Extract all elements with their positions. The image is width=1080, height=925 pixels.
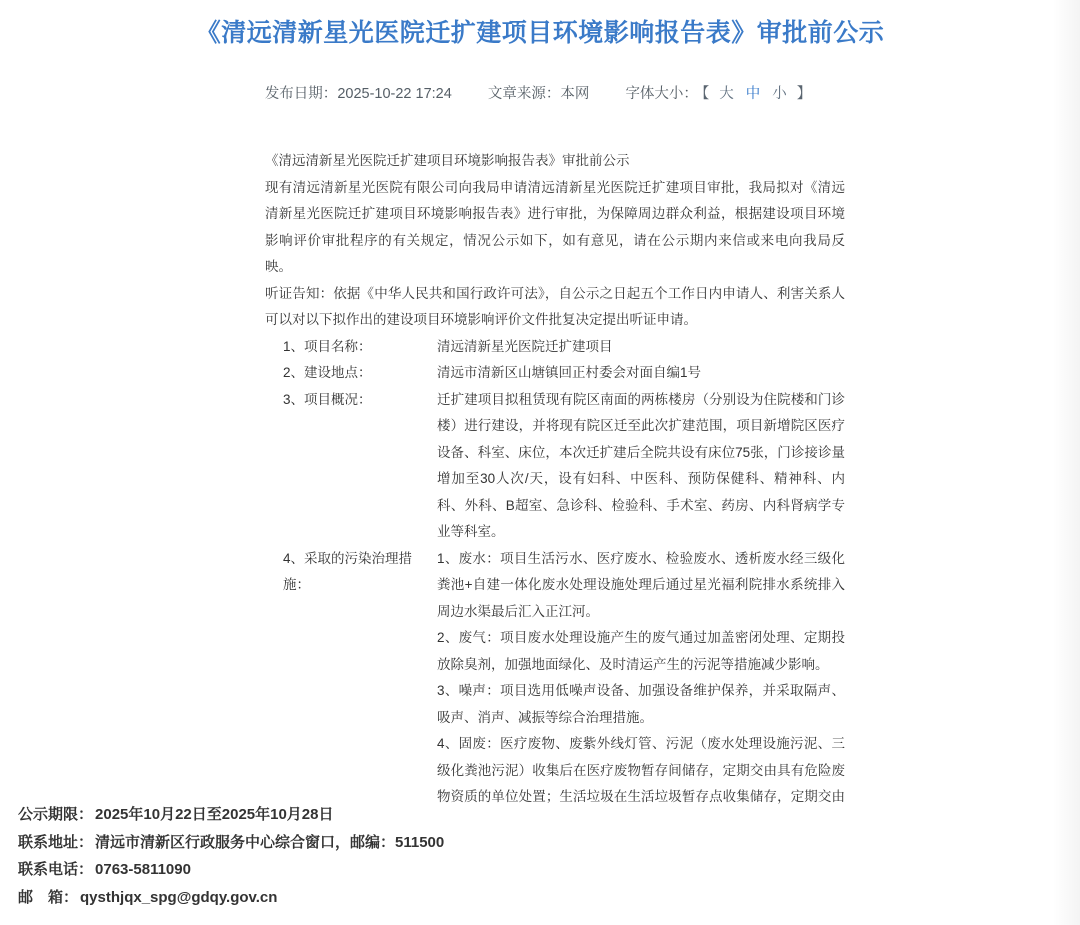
footer-value: 0763-5811090	[95, 861, 191, 878]
item-label: 1、项目名称：	[265, 334, 437, 361]
item-row-pollution-measures: 4、采取的污染治理措施： 1、废水：项目生活污水、医疗废水、检验废水、透析废水经…	[265, 546, 845, 811]
source-label: 文章来源：	[488, 86, 561, 102]
font-medium-button[interactable]: 中	[746, 86, 761, 102]
footer-label: 邮 箱：	[18, 889, 78, 906]
article-body: 《清远清新星光医院迁扩建项目环境影响报告表》审批前公示 现有清远清新星光医院有限…	[265, 148, 845, 810]
publish-date-value: 2025-10-22 17:24	[337, 86, 452, 102]
item-row-construction-site: 2、建设地点： 清远市清新区山塘镇回正村委会对面自编1号	[265, 360, 845, 387]
contact-info: 公示期限：2025年10月22日至2025年10月28日 联系地址：清远市清新区…	[18, 801, 444, 911]
item-label: 4、采取的污染治理措施：	[265, 546, 437, 811]
source-value: 本网	[560, 86, 589, 102]
measure-waste-gas: 2、废气：项目废水处理设施产生的废气通过加盖密闭处理、定期投放除臭剂，加强地面绿…	[437, 625, 845, 678]
project-name-value: 清远清新星光医院迁扩建项目	[437, 334, 845, 361]
item-label: 3、项目概况：	[265, 387, 437, 546]
body-heading: 《清远清新星光医院迁扩建项目环境影响报告表》审批前公示	[265, 148, 845, 175]
measure-solid-waste: 4、固废：医疗废物、废紫外线灯管、污泥（废水处理设施污泥、三级化粪池污泥）收集后…	[437, 731, 845, 810]
footer-row-contact-address: 联系地址：清远市清新区行政服务中心综合窗口，邮编：511500	[18, 829, 444, 857]
body-paragraph-hearing-notice: 听证告知：依据《中华人民共和国行政许可法》，自公示之日起五个工作日内申请人、利害…	[265, 281, 845, 334]
footer-row-public-period: 公示期限：2025年10月22日至2025年10月28日	[18, 801, 444, 829]
footer-row-contact-phone: 联系电话：0763-5811090	[18, 856, 444, 884]
font-small-button[interactable]: 小	[772, 86, 787, 102]
page-title: 《清远清新星光医院迁扩建项目环境影响报告表》审批前公示	[0, 0, 1080, 50]
item-value: 1、废水：项目生活污水、医疗废水、检验废水、透析废水经三级化粪池+自建一体化废水…	[437, 546, 845, 811]
item-value: 清远清新星光医院迁扩建项目	[437, 334, 845, 361]
measure-wastewater: 1、废水：项目生活污水、医疗废水、检验废水、透析废水经三级化粪池+自建一体化废水…	[437, 546, 845, 626]
item-row-project-overview: 3、项目概况： 迁扩建项目拟租赁现有院区南面的两栋楼房（分别设为住院楼和门诊楼）…	[265, 387, 845, 546]
item-value: 迁扩建项目拟租赁现有院区南面的两栋楼房（分别设为住院楼和门诊楼）进行建设，并将现…	[437, 387, 845, 546]
footer-label: 联系电话：	[18, 861, 93, 878]
footer-value: 2025年10月22日至2025年10月28日	[95, 806, 333, 823]
publish-date-label: 发布日期：	[265, 86, 338, 102]
item-row-project-name: 1、项目名称： 清远清新星光医院迁扩建项目	[265, 334, 845, 361]
footer-row-email: 邮 箱：qysthjqx_spg@gdqy.gov.cn	[18, 884, 444, 912]
font-size-bracket-right: 】	[797, 86, 812, 102]
article-page: 《清远清新星光医院迁扩建项目环境影响报告表》审批前公示 发布日期：2025-10…	[0, 0, 1080, 925]
construction-site-value: 清远市清新区山塘镇回正村委会对面自编1号	[437, 360, 845, 387]
font-large-button[interactable]: 大	[719, 86, 734, 102]
footer-label: 联系地址：	[18, 834, 93, 851]
font-size-label: 字体大小：	[625, 86, 698, 102]
item-label: 2、建设地点：	[265, 360, 437, 387]
page-edge-shadow	[1052, 0, 1080, 925]
measure-noise: 3、噪声：项目选用低噪声设备、加强设备维护保养，并采取隔声、吸声、消声、减振等综…	[437, 678, 845, 731]
footer-label: 公示期限：	[18, 806, 93, 823]
item-value: 清远市清新区山塘镇回正村委会对面自编1号	[437, 360, 845, 387]
project-overview-value: 迁扩建项目拟租赁现有院区南面的两栋楼房（分别设为住院楼和门诊楼）进行建设，并将现…	[437, 387, 845, 546]
font-size-bracket-left: 【	[702, 86, 709, 102]
body-paragraph-intro: 现有清远清新星光医院有限公司向我局申请清远清新星光医院迁扩建项目审批，我局拟对《…	[265, 175, 845, 281]
footer-value: 清远市清新区行政服务中心综合窗口，邮编：511500	[95, 834, 444, 851]
article-meta: 发布日期：2025-10-22 17:24 文章来源：本网 字体大小：【大中小】	[0, 86, 1080, 103]
footer-email-value: qysthjqx_spg@gdqy.gov.cn	[80, 889, 277, 906]
